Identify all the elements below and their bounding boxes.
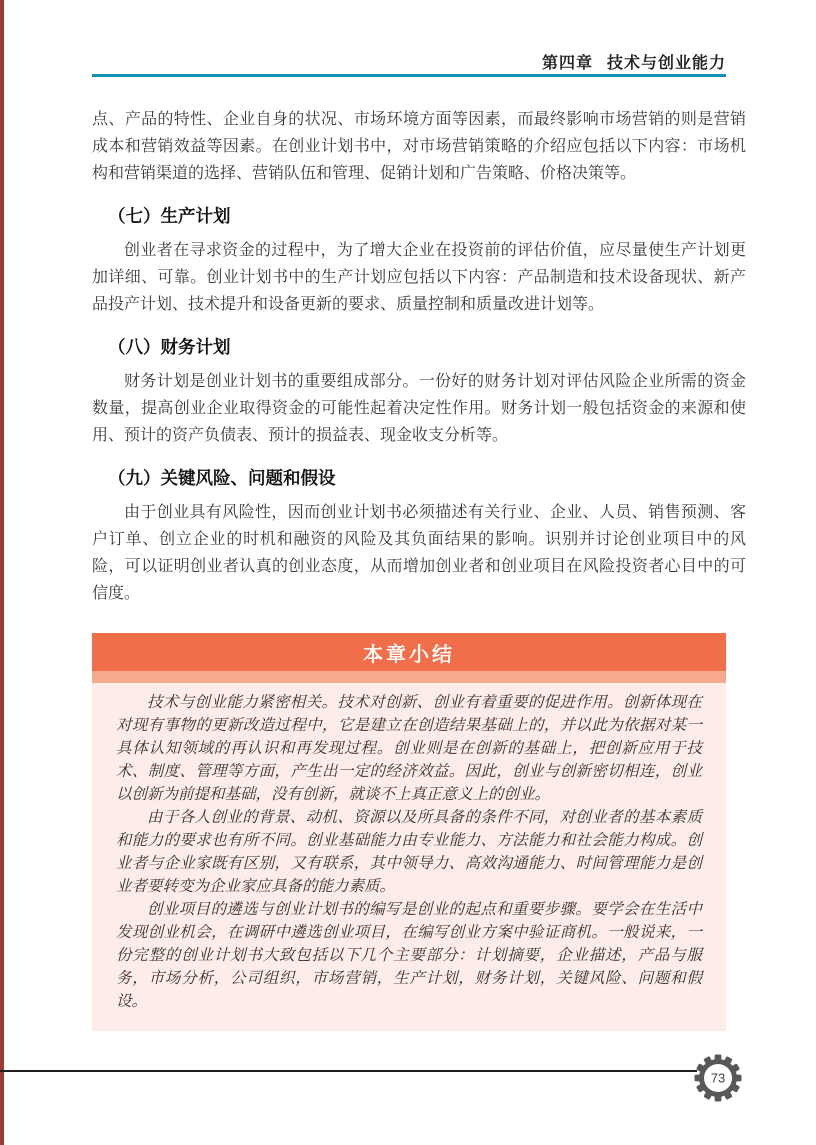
summary-box-title: 本章小结 [363,638,455,667]
main-text-column: 点、产品的特性、企业自身的状况、市场环境方面等因素，而最终影响市场营销的则是营销… [92,106,746,1031]
section-body-financial-plan: 财务计划是创业计划书的重要组成部分。一份好的财务计划对评估风险企业所需的资金数量… [92,368,746,449]
page-number: 73 [711,1071,725,1086]
chapter-title: 技术与创业能力 [607,55,726,72]
footer-rule [0,1070,697,1072]
page-edge-strip [0,0,4,1145]
summary-paragraph: 由于各人创业的背景、动机、资源以及所具备的条件不同，对创业者的基本素质和能力的要… [116,806,702,898]
section-body-production-plan: 创业者在寻求资金的过程中，为了增大企业在投资前的评估价值，应尽量使生产计划更加详… [92,237,746,318]
section-heading-production-plan: （七）生产计划 [92,204,746,228]
summary-box-accent-strip [92,671,726,683]
gear-icon: 73 [692,1052,744,1104]
summary-paragraph: 技术与创业能力紧密相关。技术对创新、创业有着重要的促进作用。创新体现在对现有事物… [116,691,702,806]
header-rule [92,74,726,77]
chapter-number: 第四章 [542,55,593,72]
section-heading-key-risks: （九）关键风险、问题和假设 [92,466,746,490]
book-page: 第四章技术与创业能力 点、产品的特性、企业自身的状况、市场环境方面等因素，而最终… [0,0,816,1145]
section-body-key-risks: 由于创业具有风险性，因而创业计划书必须描述有关行业、企业、人员、销售预测、客户订… [92,499,746,607]
summary-box-header: 本章小结 [92,633,726,671]
summary-box-body: 技术与创业能力紧密相关。技术对创新、创业有着重要的促进作用。创新体现在对现有事物… [92,683,726,1031]
section-heading-financial-plan: （八）财务计划 [92,335,746,359]
running-head: 第四章技术与创业能力 [92,50,726,73]
intro-paragraph: 点、产品的特性、企业自身的状况、市场环境方面等因素，而最终影响市场营销的则是营销… [92,106,746,187]
summary-paragraph: 创业项目的遴选与创业计划书的编写是创业的起点和重要步骤。要学会在生活中发现创业机… [116,898,702,1013]
chapter-summary-box: 本章小结 技术与创业能力紧密相关。技术对创新、创业有着重要的促进作用。创新体现在… [92,633,726,1031]
